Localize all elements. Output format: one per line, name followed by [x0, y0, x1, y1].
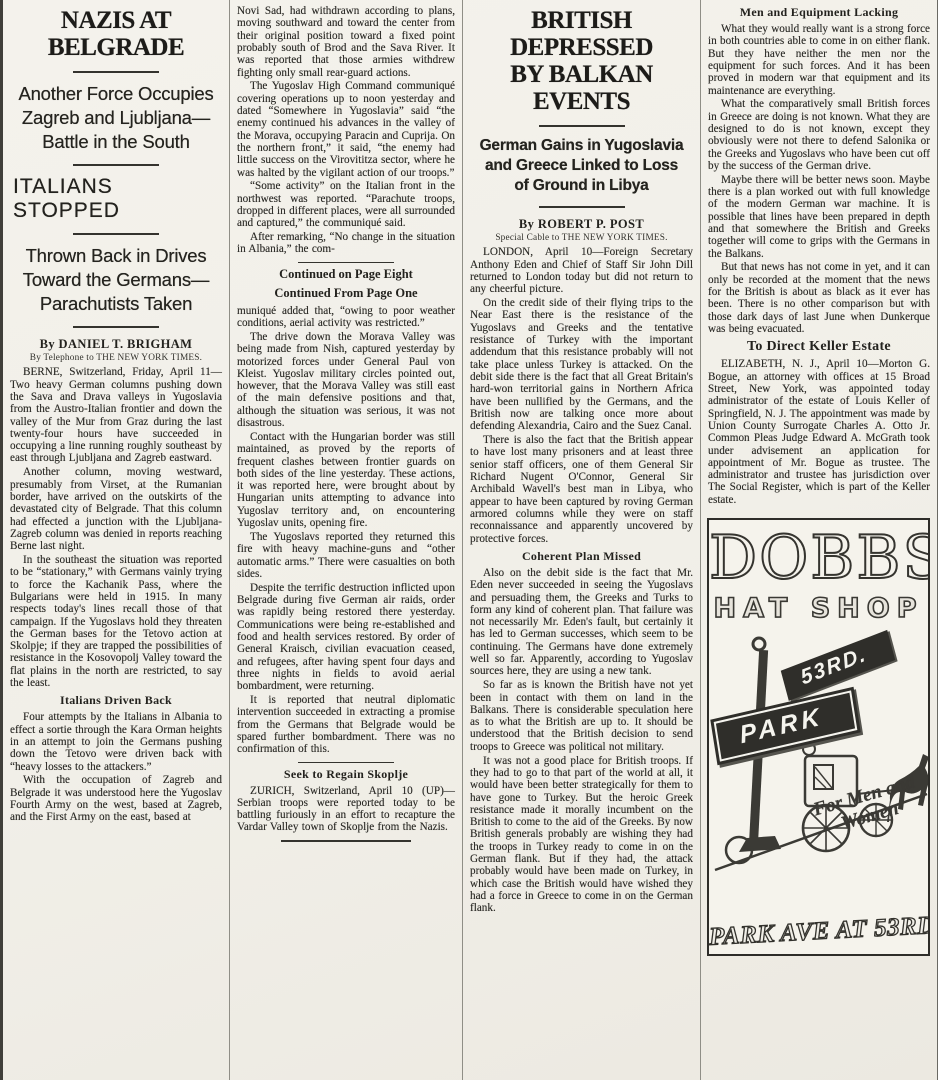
- paragraph: So far as is known the British have not …: [470, 679, 693, 753]
- paragraph: Maybe there will be better news soon. Ma…: [708, 174, 930, 260]
- street-corner-illustration: 53RD. PARK For Men and Women: [709, 628, 928, 880]
- divider: [539, 206, 625, 208]
- paragraph: It is reported that neutral diplomatic i…: [237, 694, 455, 756]
- article-body: BERNE, Switzerland, Friday, April 11—Two…: [10, 366, 222, 823]
- section-subhead: Coherent Plan Missed: [470, 549, 693, 564]
- divider: [281, 840, 411, 842]
- credit-line: By Telephone to THE NEW YORK TIMES.: [10, 353, 222, 363]
- paragraph: Novi Sad, had withdrawn according to pla…: [237, 5, 455, 79]
- column-men-equipment-and-ad: Men and Equipment Lacking What they woul…: [700, 0, 937, 1080]
- paragraph: It was not a good place for British troo…: [470, 755, 693, 915]
- paragraph: ELIZABETH, N. J., April 10—Morton G. Bog…: [708, 358, 930, 506]
- paragraph: What the comparatively small British for…: [708, 98, 930, 172]
- paragraph: On the credit side of their flying trips…: [470, 297, 693, 432]
- section-subhead: Italians Driven Back: [10, 693, 222, 708]
- newspaper-page: NAZIS AT BELGRADE Another Force Occupies…: [0, 0, 938, 1080]
- ad-brand-dobbs: DOBBS: [709, 530, 928, 587]
- section-subhead: To Direct Keller Estate: [708, 339, 930, 355]
- section-subhead: Seek to Regain Skoplje: [237, 767, 455, 782]
- paragraph: Despite the terrific destruction inflict…: [237, 582, 455, 693]
- column-british-depressed: BRITISH DEPRESSED BY BALKAN EVENTS Germa…: [462, 0, 700, 1080]
- article-body: Men and Equipment Lacking What they woul…: [708, 5, 930, 506]
- divider: [73, 326, 159, 328]
- credit-line: Special Cable to THE NEW YORK TIMES.: [470, 233, 693, 243]
- paragraph: What they would really want is a strong …: [708, 23, 930, 97]
- paragraph: Contact with the Hungarian border was st…: [237, 431, 455, 530]
- continued-notice: Continued From Page One: [237, 286, 455, 301]
- article-deck: Thrown Back in Drives Toward the Germans…: [10, 244, 222, 316]
- paragraph: The Yugoslavs reported they returned thi…: [237, 531, 455, 580]
- ad-subtitle-hat-shop: HAT SHOP: [709, 593, 928, 624]
- divider: [73, 164, 159, 166]
- paragraph: But that news has not come in yet, and i…: [708, 261, 930, 335]
- paragraph: muniqué added that, “owing to poor weath…: [237, 305, 455, 330]
- article-headline: NAZIS AT BELGRADE: [10, 7, 222, 61]
- paragraph: The Yugoslav High Command communiqué cov…: [237, 80, 455, 179]
- paragraph: BERNE, Switzerland, Friday, April 11—Two…: [10, 366, 222, 465]
- paragraph: “Some activity” on the Italian front in …: [237, 180, 455, 229]
- paragraph: After remarking, “No change in the situa…: [237, 231, 455, 256]
- divider: [73, 233, 159, 235]
- paragraph: In the southeast the situation was repor…: [10, 554, 222, 689]
- article-headline: BRITISH DEPRESSED BY BALKAN EVENTS: [470, 7, 693, 115]
- paragraph: Four attempts by the Italians in Albania…: [10, 711, 222, 773]
- section-subhead: Men and Equipment Lacking: [708, 5, 930, 20]
- article-deck: Another Force Occupies Zagreb and Ljublj…: [10, 82, 222, 154]
- paragraph: LONDON, April 10—Foreign Secretary Antho…: [470, 246, 693, 295]
- divider: [298, 762, 394, 763]
- dobbs-hat-shop-ad: DOBBS HAT SHOP: [707, 518, 930, 956]
- paragraph: Also on the debit side is the fact that …: [470, 567, 693, 678]
- column-continuation: Novi Sad, had withdrawn according to pla…: [229, 0, 462, 1080]
- divider: [73, 71, 159, 73]
- divider: [539, 125, 625, 127]
- paragraph: ZURICH, Switzerland, April 10 (UP)—Serbi…: [237, 785, 455, 834]
- news-banner: ITALIANS STOPPED: [10, 175, 222, 223]
- article-deck: German Gains in Yugoslavia and Greece Li…: [470, 136, 693, 196]
- article-body: LONDON, April 10—Foreign Secretary Antho…: [470, 246, 693, 914]
- continued-notice: Continued on Page Eight: [237, 267, 455, 282]
- column-nazis-at-belgrade: NAZIS AT BELGRADE Another Force Occupies…: [3, 0, 229, 1080]
- paragraph: The drive down the Morava Valley was bei…: [237, 331, 455, 430]
- article-body: Novi Sad, had withdrawn according to pla…: [237, 5, 455, 842]
- paragraph: Another column, moving westward, presuma…: [10, 466, 222, 552]
- divider: [298, 262, 394, 263]
- paragraph: With the occupation of Zagreb and Belgra…: [10, 774, 222, 823]
- paragraph: There is also the fact that the British …: [470, 434, 693, 545]
- ad-address: PARK AVE AT 53RD.: [708, 912, 928, 951]
- byline: By ROBERT P. POST: [470, 217, 693, 232]
- byline: By DANIEL T. BRIGHAM: [10, 337, 222, 352]
